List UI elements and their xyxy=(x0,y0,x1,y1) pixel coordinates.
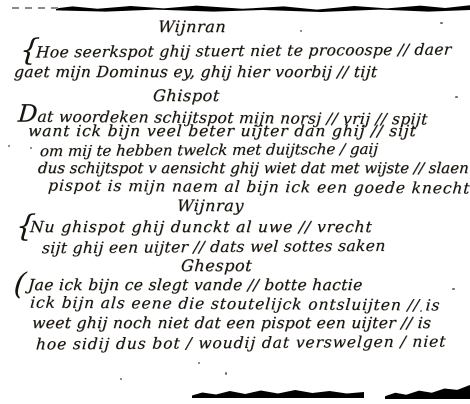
manuscript-line: hoe sidij dus bot / woudij dat verswelge… xyxy=(35,335,446,353)
scan-artifact-bottom-edge xyxy=(192,388,364,398)
ink-speck xyxy=(420,310,422,312)
paragraph-bracket: ( xyxy=(12,270,27,300)
manuscript-line: om mij te hebben twelck met duijtsche / … xyxy=(39,142,378,159)
ink-speck xyxy=(225,372,227,375)
ink-speck xyxy=(452,288,455,290)
manuscript-line: gaet mijn Dominus ey, ghij hier voorbij … xyxy=(13,65,377,81)
ink-speck xyxy=(120,378,122,380)
manuscript-line: pispot is mijn naem al bijn ick een goed… xyxy=(48,179,470,197)
manuscript-line: ick bijn als eene die stoutelijck ontslu… xyxy=(30,296,441,314)
speaker-heading: Wijnran xyxy=(157,19,226,35)
manuscript-line: weet ghij noch niet dat een pispot een u… xyxy=(31,316,431,332)
manuscript-line: Nu ghispot ghij dunckt al uwe // vrecht xyxy=(29,220,373,236)
ink-speck xyxy=(8,145,10,147)
scan-artifact-bottom-right-edge xyxy=(385,385,470,399)
ink-speck xyxy=(455,96,458,98)
ink-speck xyxy=(300,30,302,32)
manuscript-page: Wijnran { Hoe seerkspot ghij stuert niet… xyxy=(0,0,470,404)
speaker-heading: Ghespot xyxy=(180,258,252,274)
ink-speck xyxy=(198,362,200,364)
scan-artifact-top-edge xyxy=(56,4,470,12)
manuscript-line: want ick bijn veel beter uijter dan ghij… xyxy=(27,124,417,140)
manuscript-line: Jae ick bijn ce slegt vande // botte hac… xyxy=(27,278,363,294)
manuscript-line: dus schijtspot v aensicht ghij wiet dat … xyxy=(37,161,469,176)
ink-speck xyxy=(440,22,443,24)
ink-speck xyxy=(30,147,32,149)
manuscript-line: Hoe seerkspot ghij stuert niet te procoo… xyxy=(35,43,452,61)
speaker-heading: Wijnray xyxy=(176,198,244,214)
manuscript-line: sijt ghij een uijter // dats wel sottes … xyxy=(41,239,386,257)
scan-artifact-top-dashes xyxy=(12,7,58,9)
